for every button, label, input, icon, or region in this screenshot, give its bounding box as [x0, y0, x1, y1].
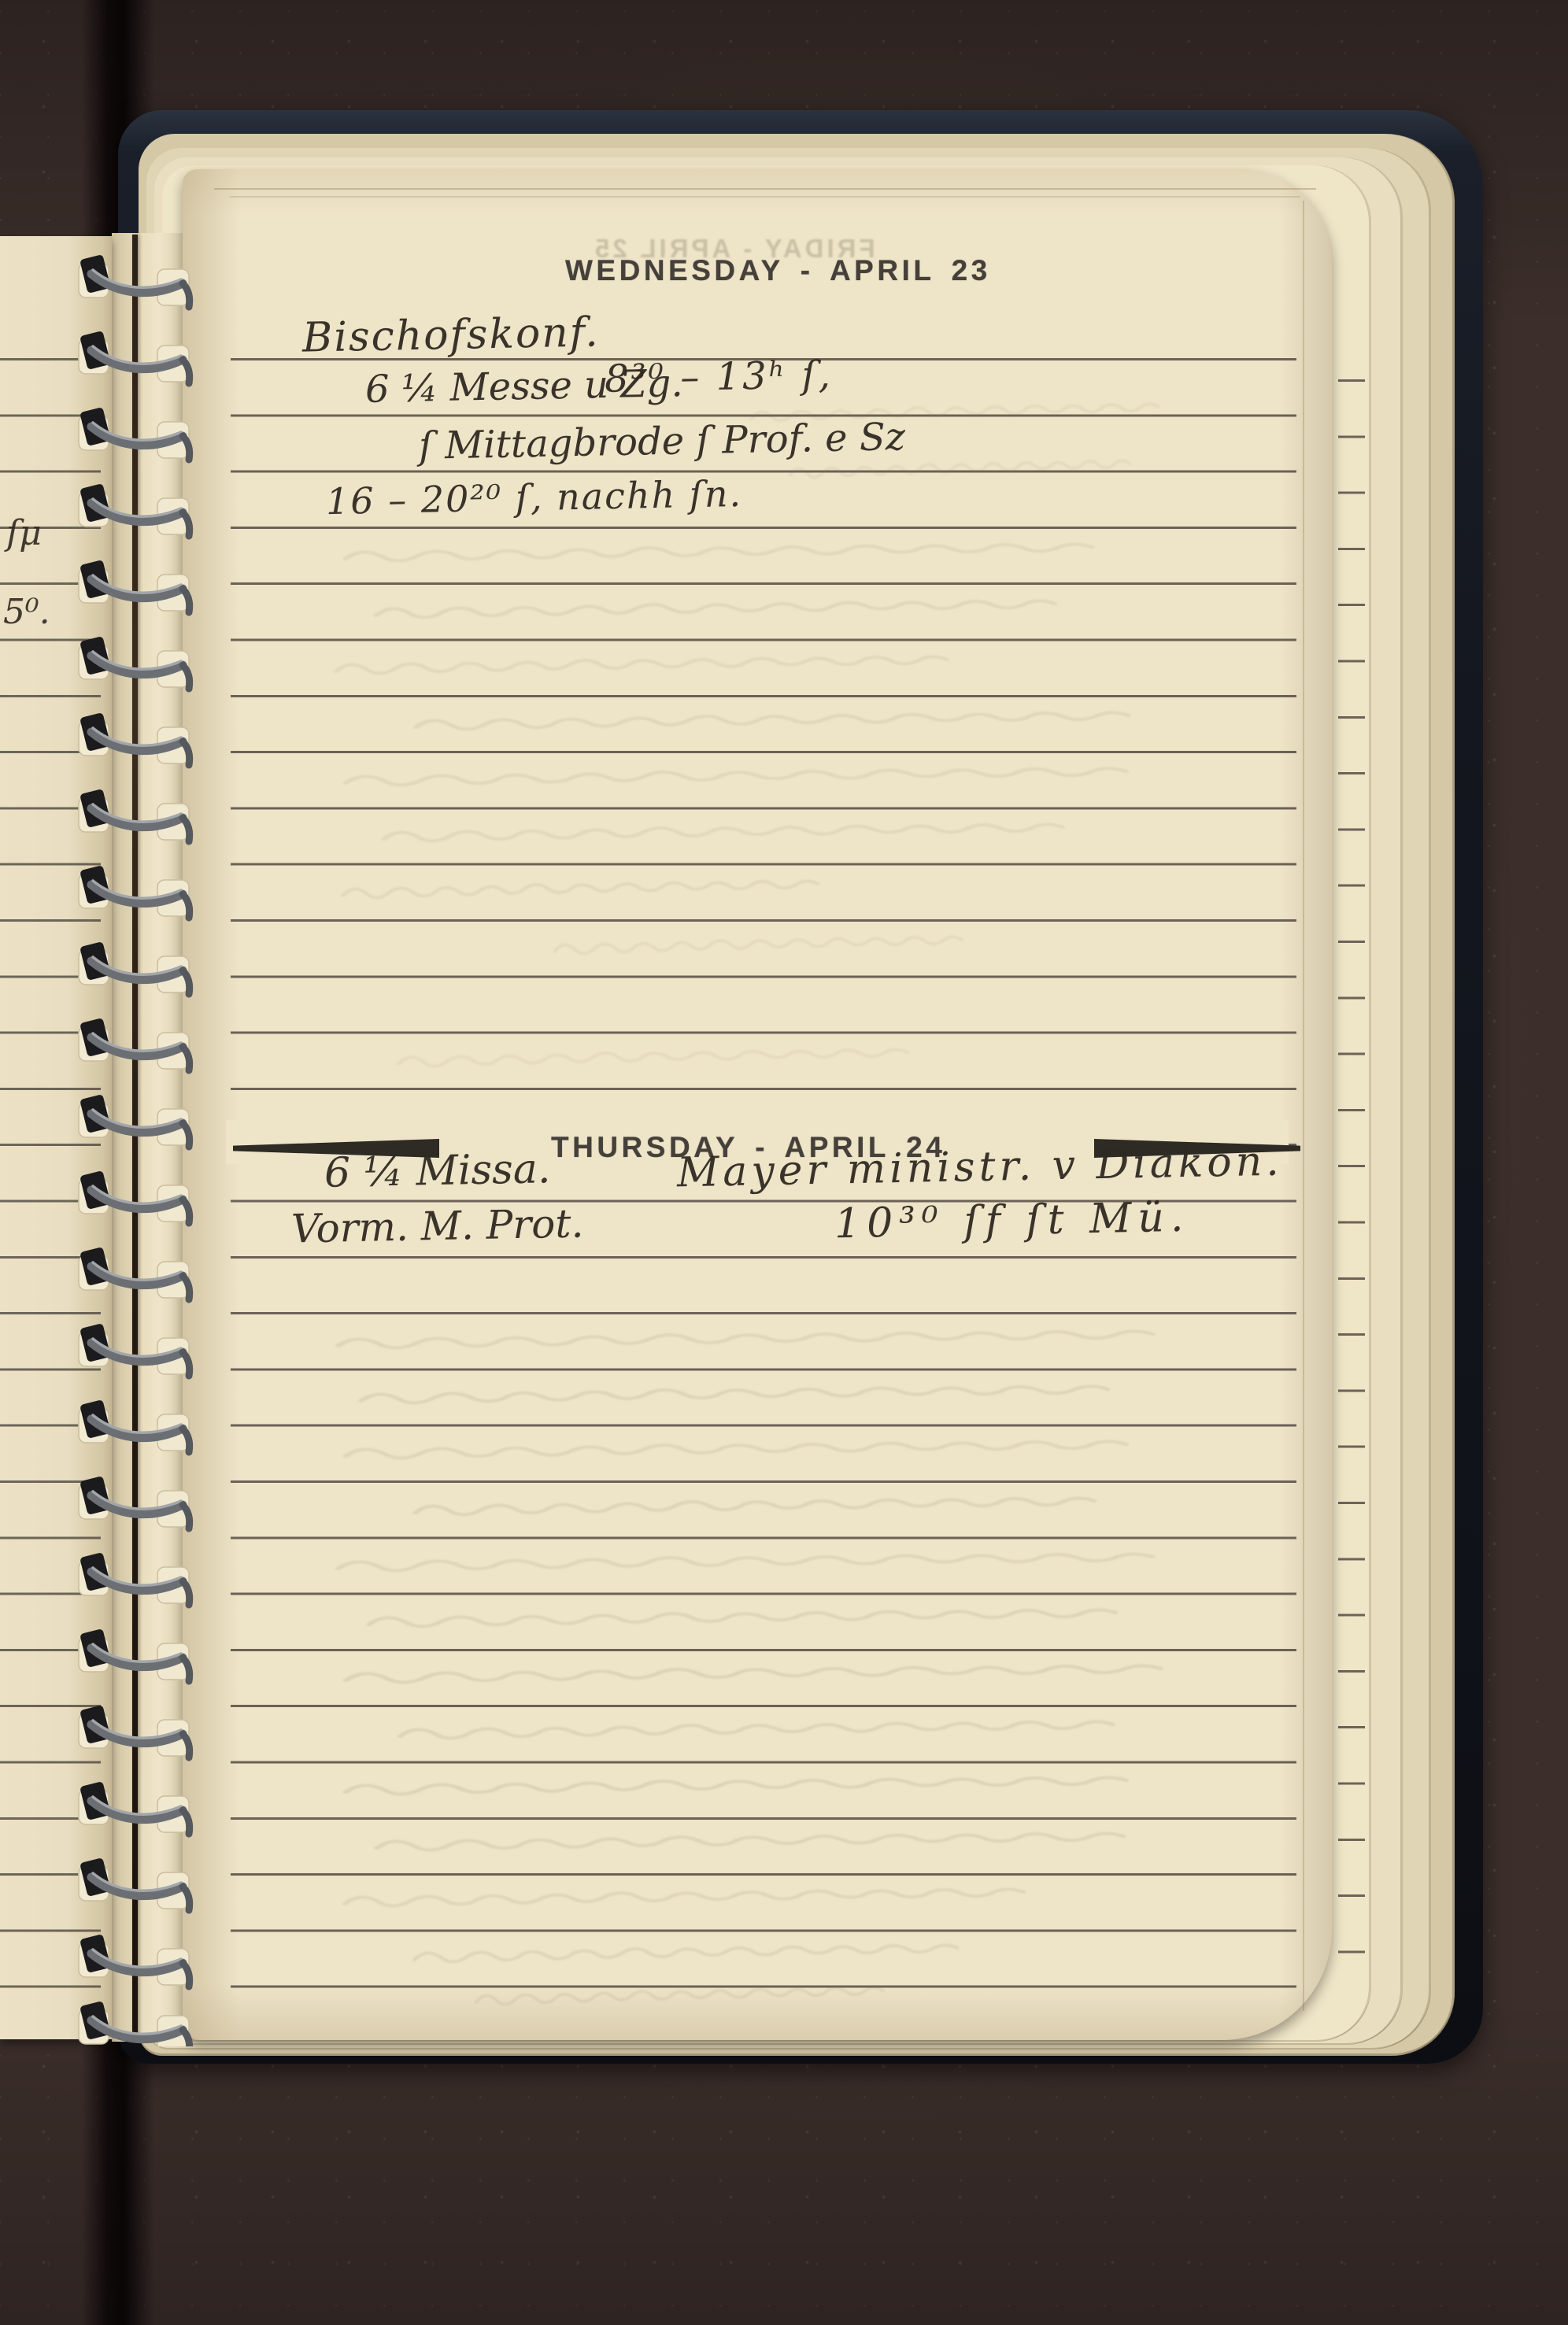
bleedthrough-handwriting: [0, 0, 1568, 2325]
photo-of-open-diary: ſμ 5⁰. FRIDAY - APRIL 25 WEDNESDAY - APR…: [0, 0, 1568, 2325]
spiral-binding: [72, 236, 206, 2046]
